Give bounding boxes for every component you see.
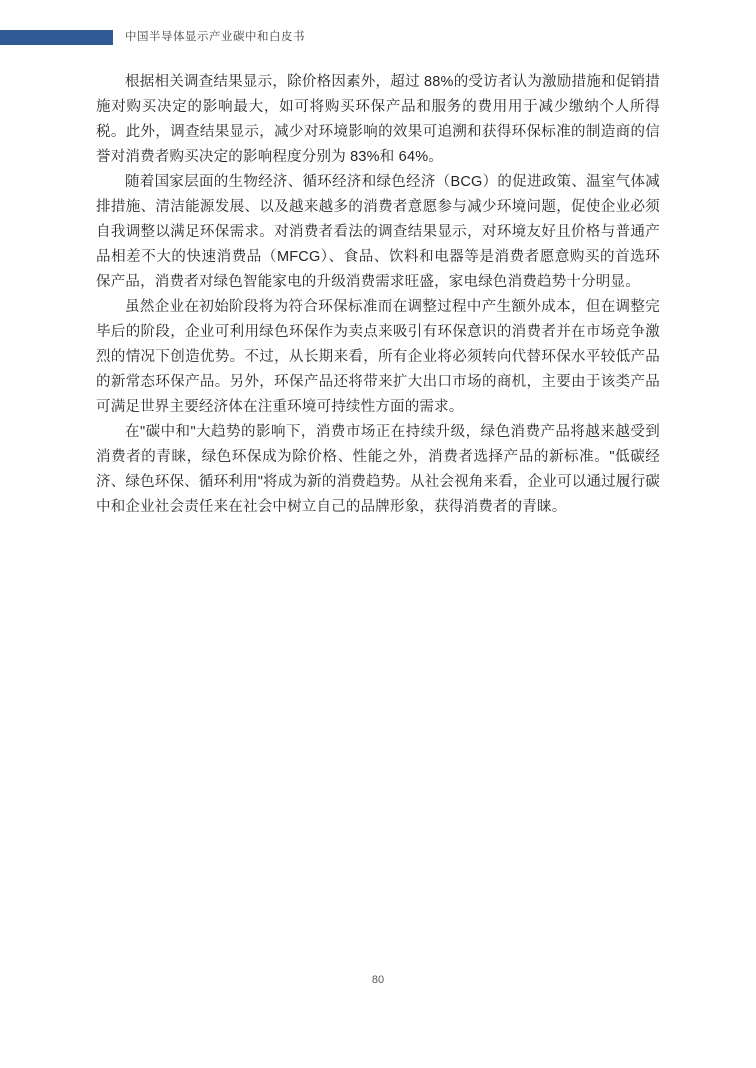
page-body: 根据相关调查结果显示，除价格因素外，超过 88%的受访者认为激励措施和促销措施对… xyxy=(96,70,660,520)
document-page: 中国半导体显示产业碳中和白皮书 根据相关调查结果显示，除价格因素外，超过 88%… xyxy=(0,0,756,1068)
body-paragraph-2: 随着国家层面的生物经济、循环经济和绿色经济（BCG）的促进政策、温室气体减排措施… xyxy=(96,170,660,295)
body-paragraph-4: 在"碳中和"大趋势的影响下，消费市场正在持续升级，绿色消费产品将越来越受到消费者… xyxy=(96,420,660,520)
header-title: 中国半导体显示产业碳中和白皮书 xyxy=(125,30,305,45)
body-paragraph-3: 虽然企业在初始阶段将为符合环保标准而在调整过程中产生额外成本，但在调整完毕后的阶… xyxy=(96,295,660,420)
page-number: 80 xyxy=(0,974,756,986)
body-paragraph-1: 根据相关调查结果显示，除价格因素外，超过 88%的受访者认为激励措施和促销措施对… xyxy=(96,70,660,170)
header-accent-bar xyxy=(0,30,113,45)
